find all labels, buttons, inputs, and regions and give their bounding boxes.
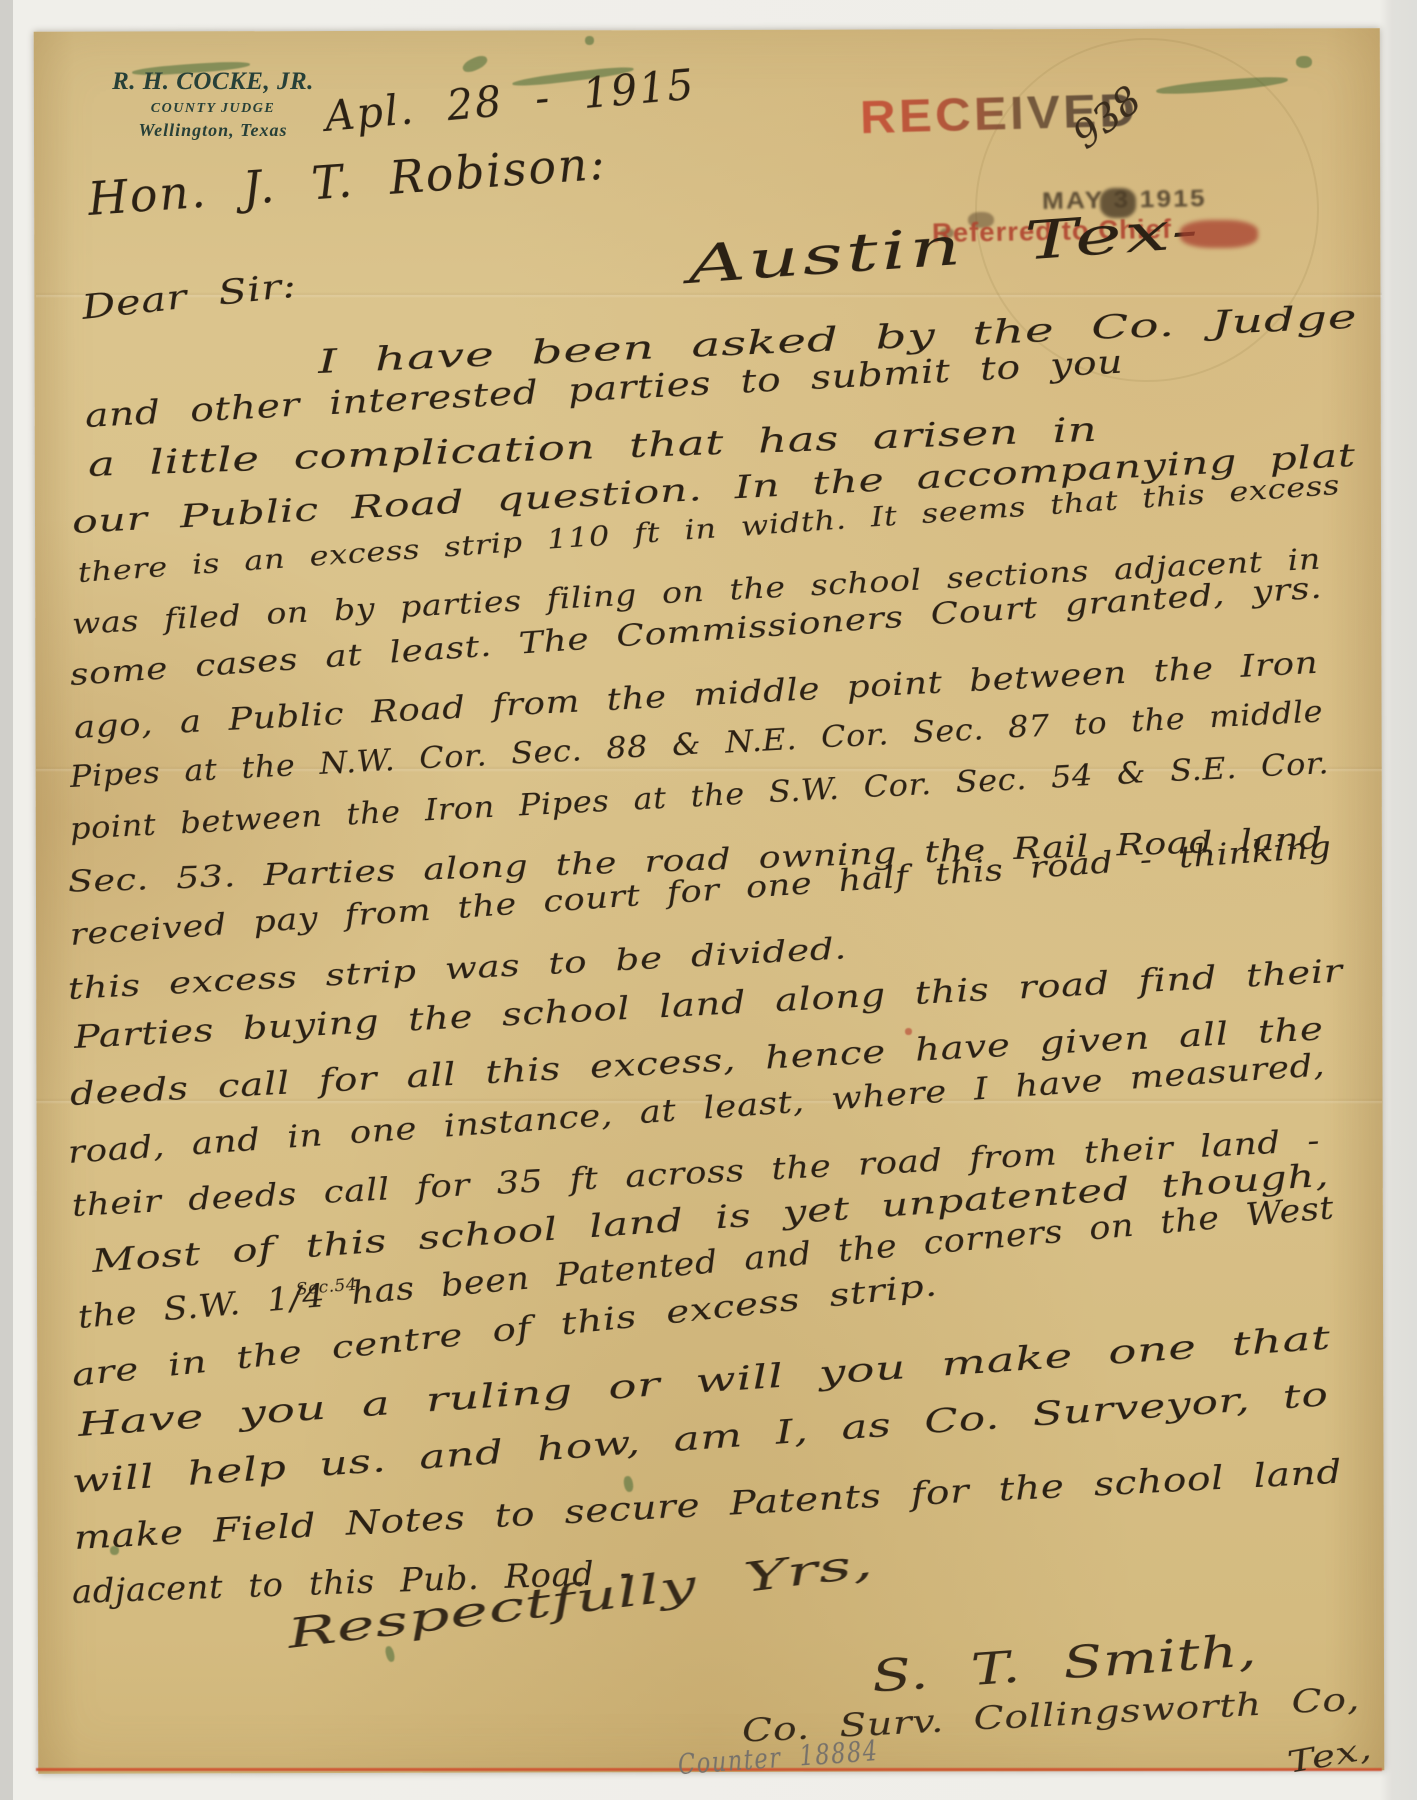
ink-blot	[1100, 188, 1136, 218]
scanned-letter: R. H. COCKE, JR. COUNTY JUDGE Wellington…	[0, 0, 1417, 1800]
letterhead-title: COUNTY JUDGE	[88, 101, 338, 117]
letterhead-name: R. H. COCKE, JR.	[88, 68, 338, 96]
letterhead: R. H. COCKE, JR. COUNTY JUDGE Wellington…	[88, 68, 338, 141]
stamp-smudge	[1180, 220, 1258, 248]
letterhead-location: Wellington, Texas	[88, 120, 338, 141]
green-speck	[585, 36, 594, 45]
green-smudge	[1296, 56, 1312, 68]
